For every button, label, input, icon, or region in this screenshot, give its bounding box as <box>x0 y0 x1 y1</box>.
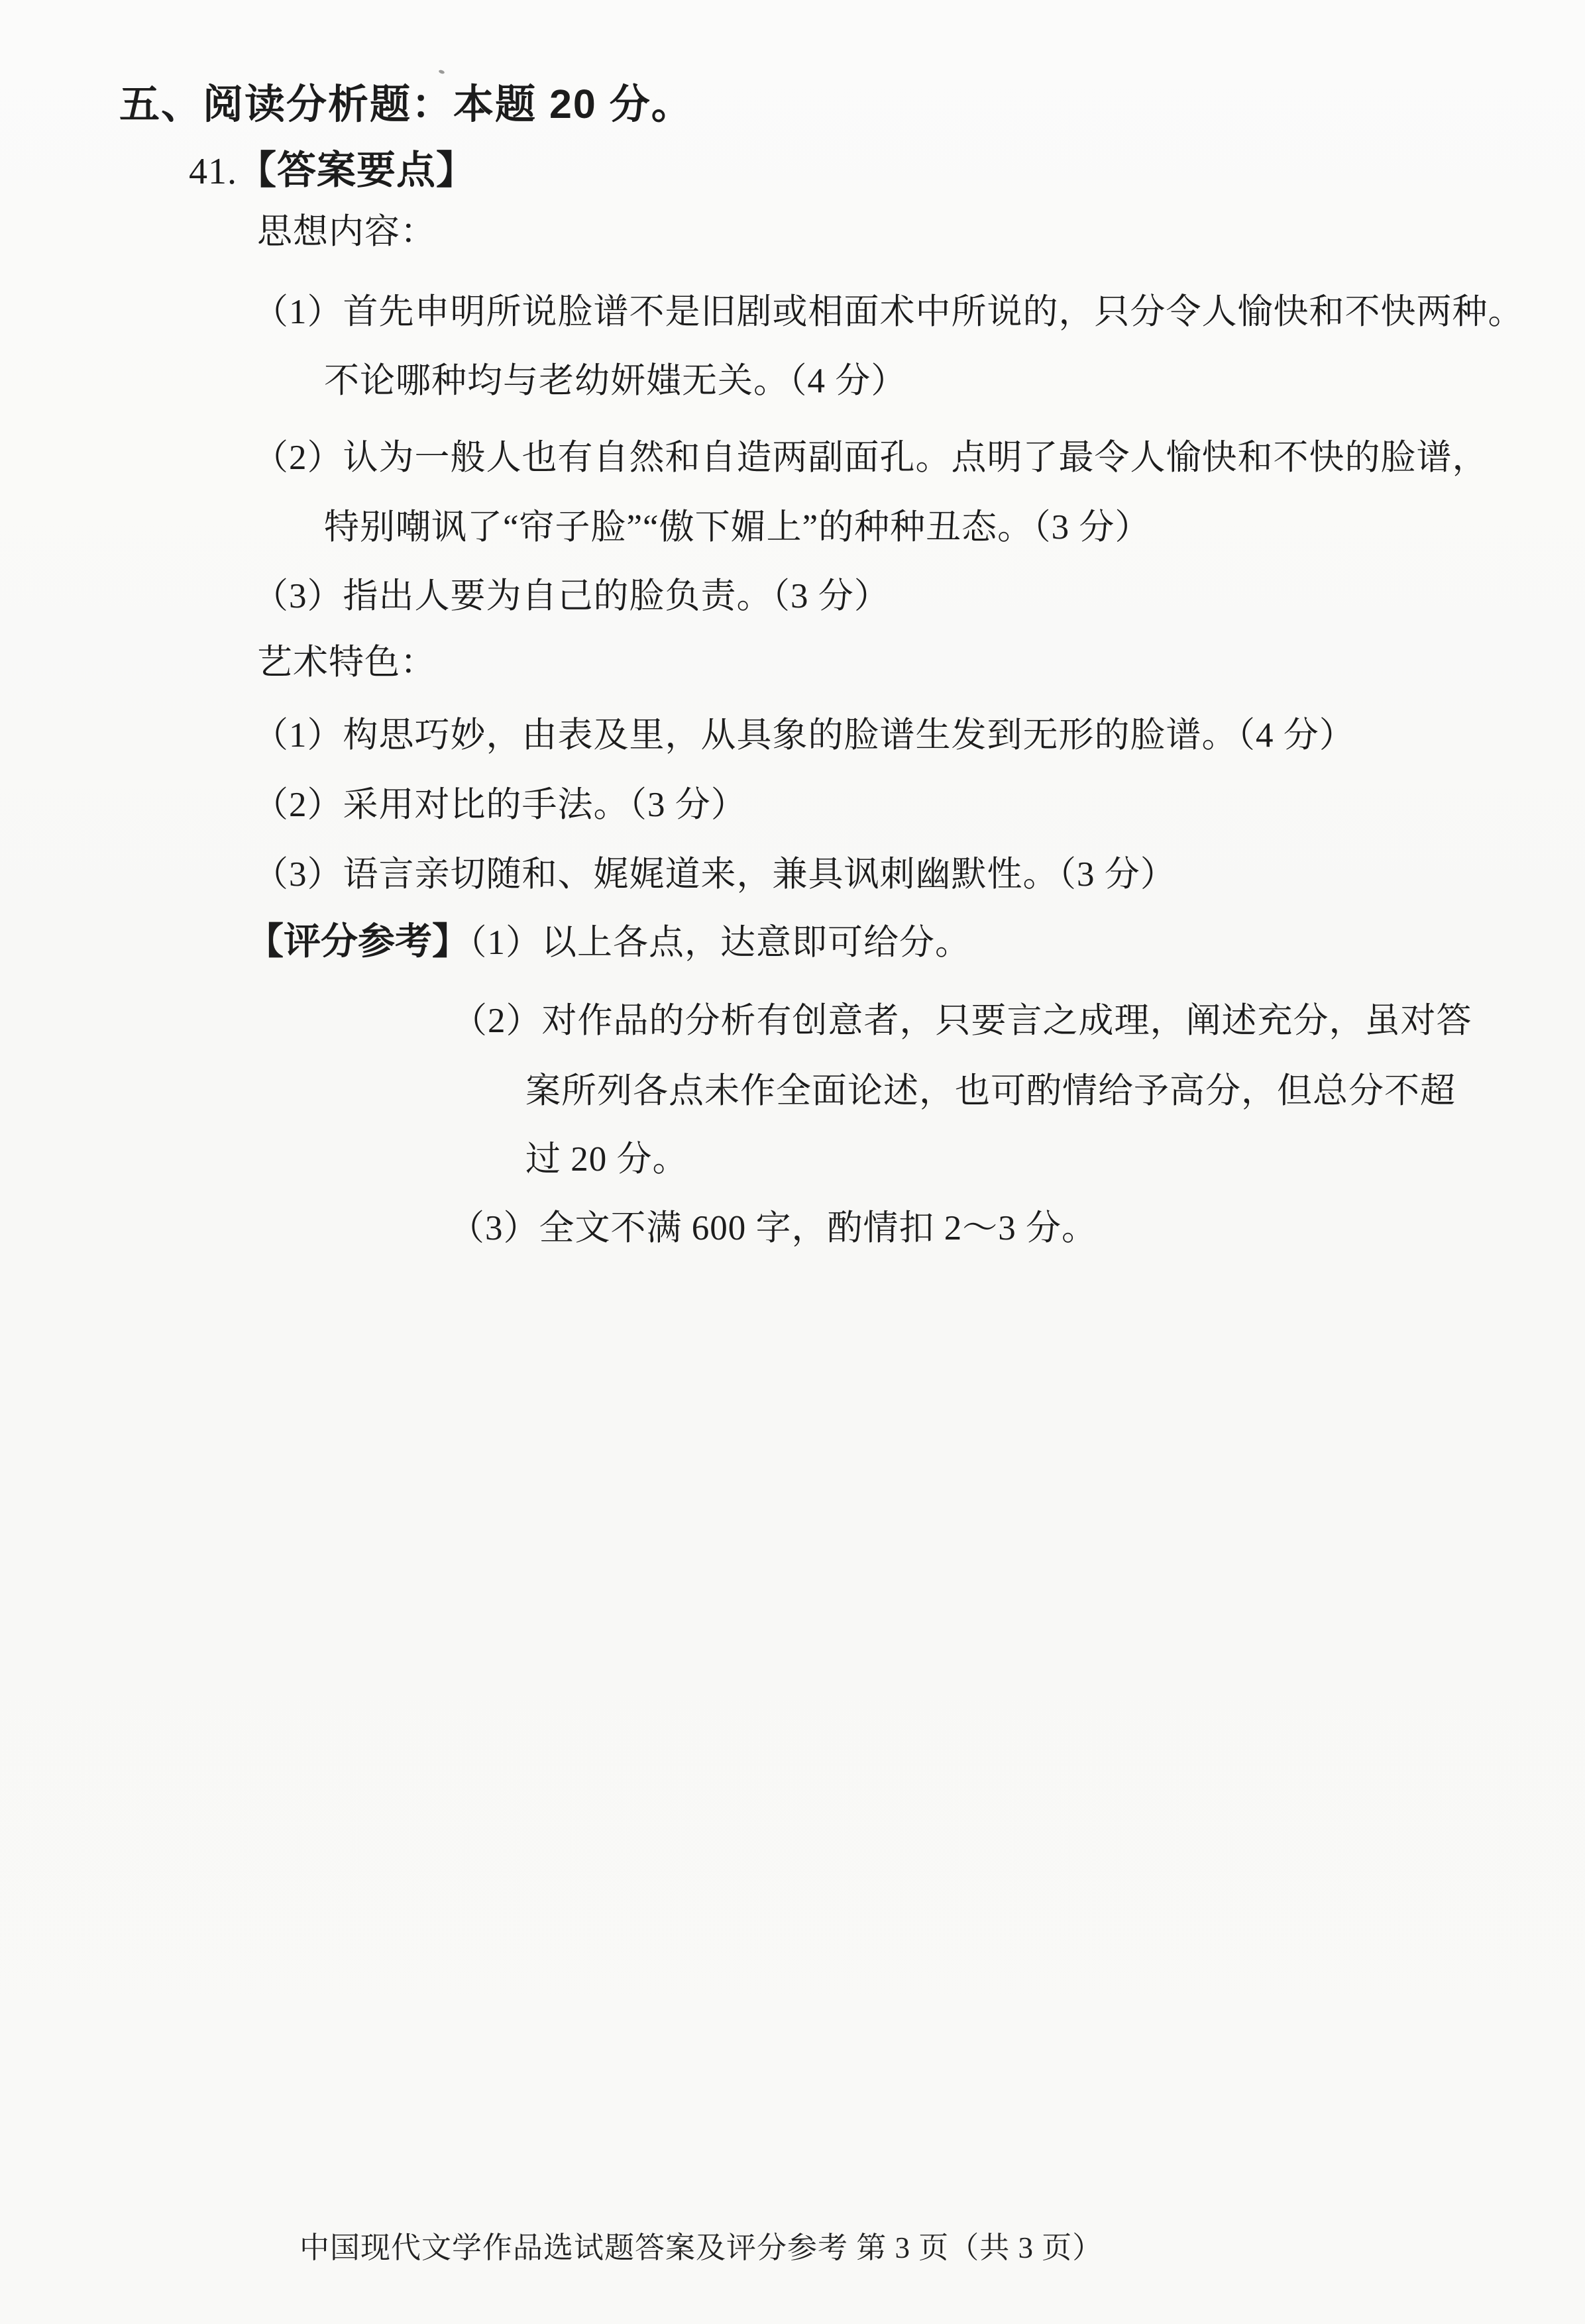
thought-item-3: （3）指出人要为自己的脸负责。（3 分） <box>253 576 890 617</box>
section-heading: 五、阅读分析题：本题 20 分。 <box>119 81 693 127</box>
artistic-item-1: （1）构思巧妙，由表及里，从具象的脸谱生发到无形的脸谱。（4 分） <box>253 715 1355 756</box>
thought-item-2-line-1: （2）认为一般人也有自然和自造两副面孔。点明了最令人愉快和不快的脸谱， <box>253 438 1488 478</box>
scanned-answer-sheet-page: 五、阅读分析题：本题 20 分。 41.【答案要点】 思想内容： （1）首先申明… <box>0 0 1585 2324</box>
page-footer: 中国现代文学作品选试题答案及评分参考 第 3 页（共 3 页） <box>300 2231 1103 2266</box>
thought-item-1-line-1: （1）首先申明所说脸谱不是旧剧或相面术中所说的，只分令人愉快和不快两种。 <box>253 292 1524 333</box>
question-number: 41. <box>189 151 237 192</box>
scoring-item-2-line-1: （2）对作品的分析有创意者，只要言之成理，阐述充分，虽对答 <box>452 1001 1472 1041</box>
answer-points-label: 【答案要点】 <box>237 148 476 192</box>
scoring-reference-label: 【评分参考】 <box>246 920 469 962</box>
artistic-features-heading: 艺术特色： <box>257 643 436 683</box>
scoring-item-2-line-3: 过 20 分。 <box>525 1139 688 1180</box>
scoring-item-3: （3）全文不满 600 字，酌情扣 2～3 分。 <box>449 1208 1097 1249</box>
artistic-item-2: （2）采用对比的手法。（3 分） <box>253 785 747 825</box>
scan-speck <box>438 70 445 75</box>
artistic-item-3: （3）语言亲切随和、娓娓道来，兼具讽刺幽默性。（3 分） <box>253 855 1176 895</box>
thought-item-1-line-2: 不论哪种均与老幼妍媸无关。（4 分） <box>324 361 906 401</box>
thought-item-2-line-2: 特别嘲讽了“帘子脸”“傲下媚上”的种种丑态。（3 分） <box>324 507 1150 548</box>
scoring-reference-line-1: 【评分参考】（1）以上各点，达意即可给分。 <box>246 920 971 963</box>
scoring-item-1: （1）以上各点，达意即可给分。 <box>469 924 971 962</box>
question-41-heading: 41.【答案要点】 <box>189 148 476 193</box>
scoring-item-2-line-2: 案所列各点未作全面论述，也可酌情给予高分，但总分不超 <box>525 1071 1456 1112</box>
thought-content-heading: 思想内容： <box>257 212 436 252</box>
